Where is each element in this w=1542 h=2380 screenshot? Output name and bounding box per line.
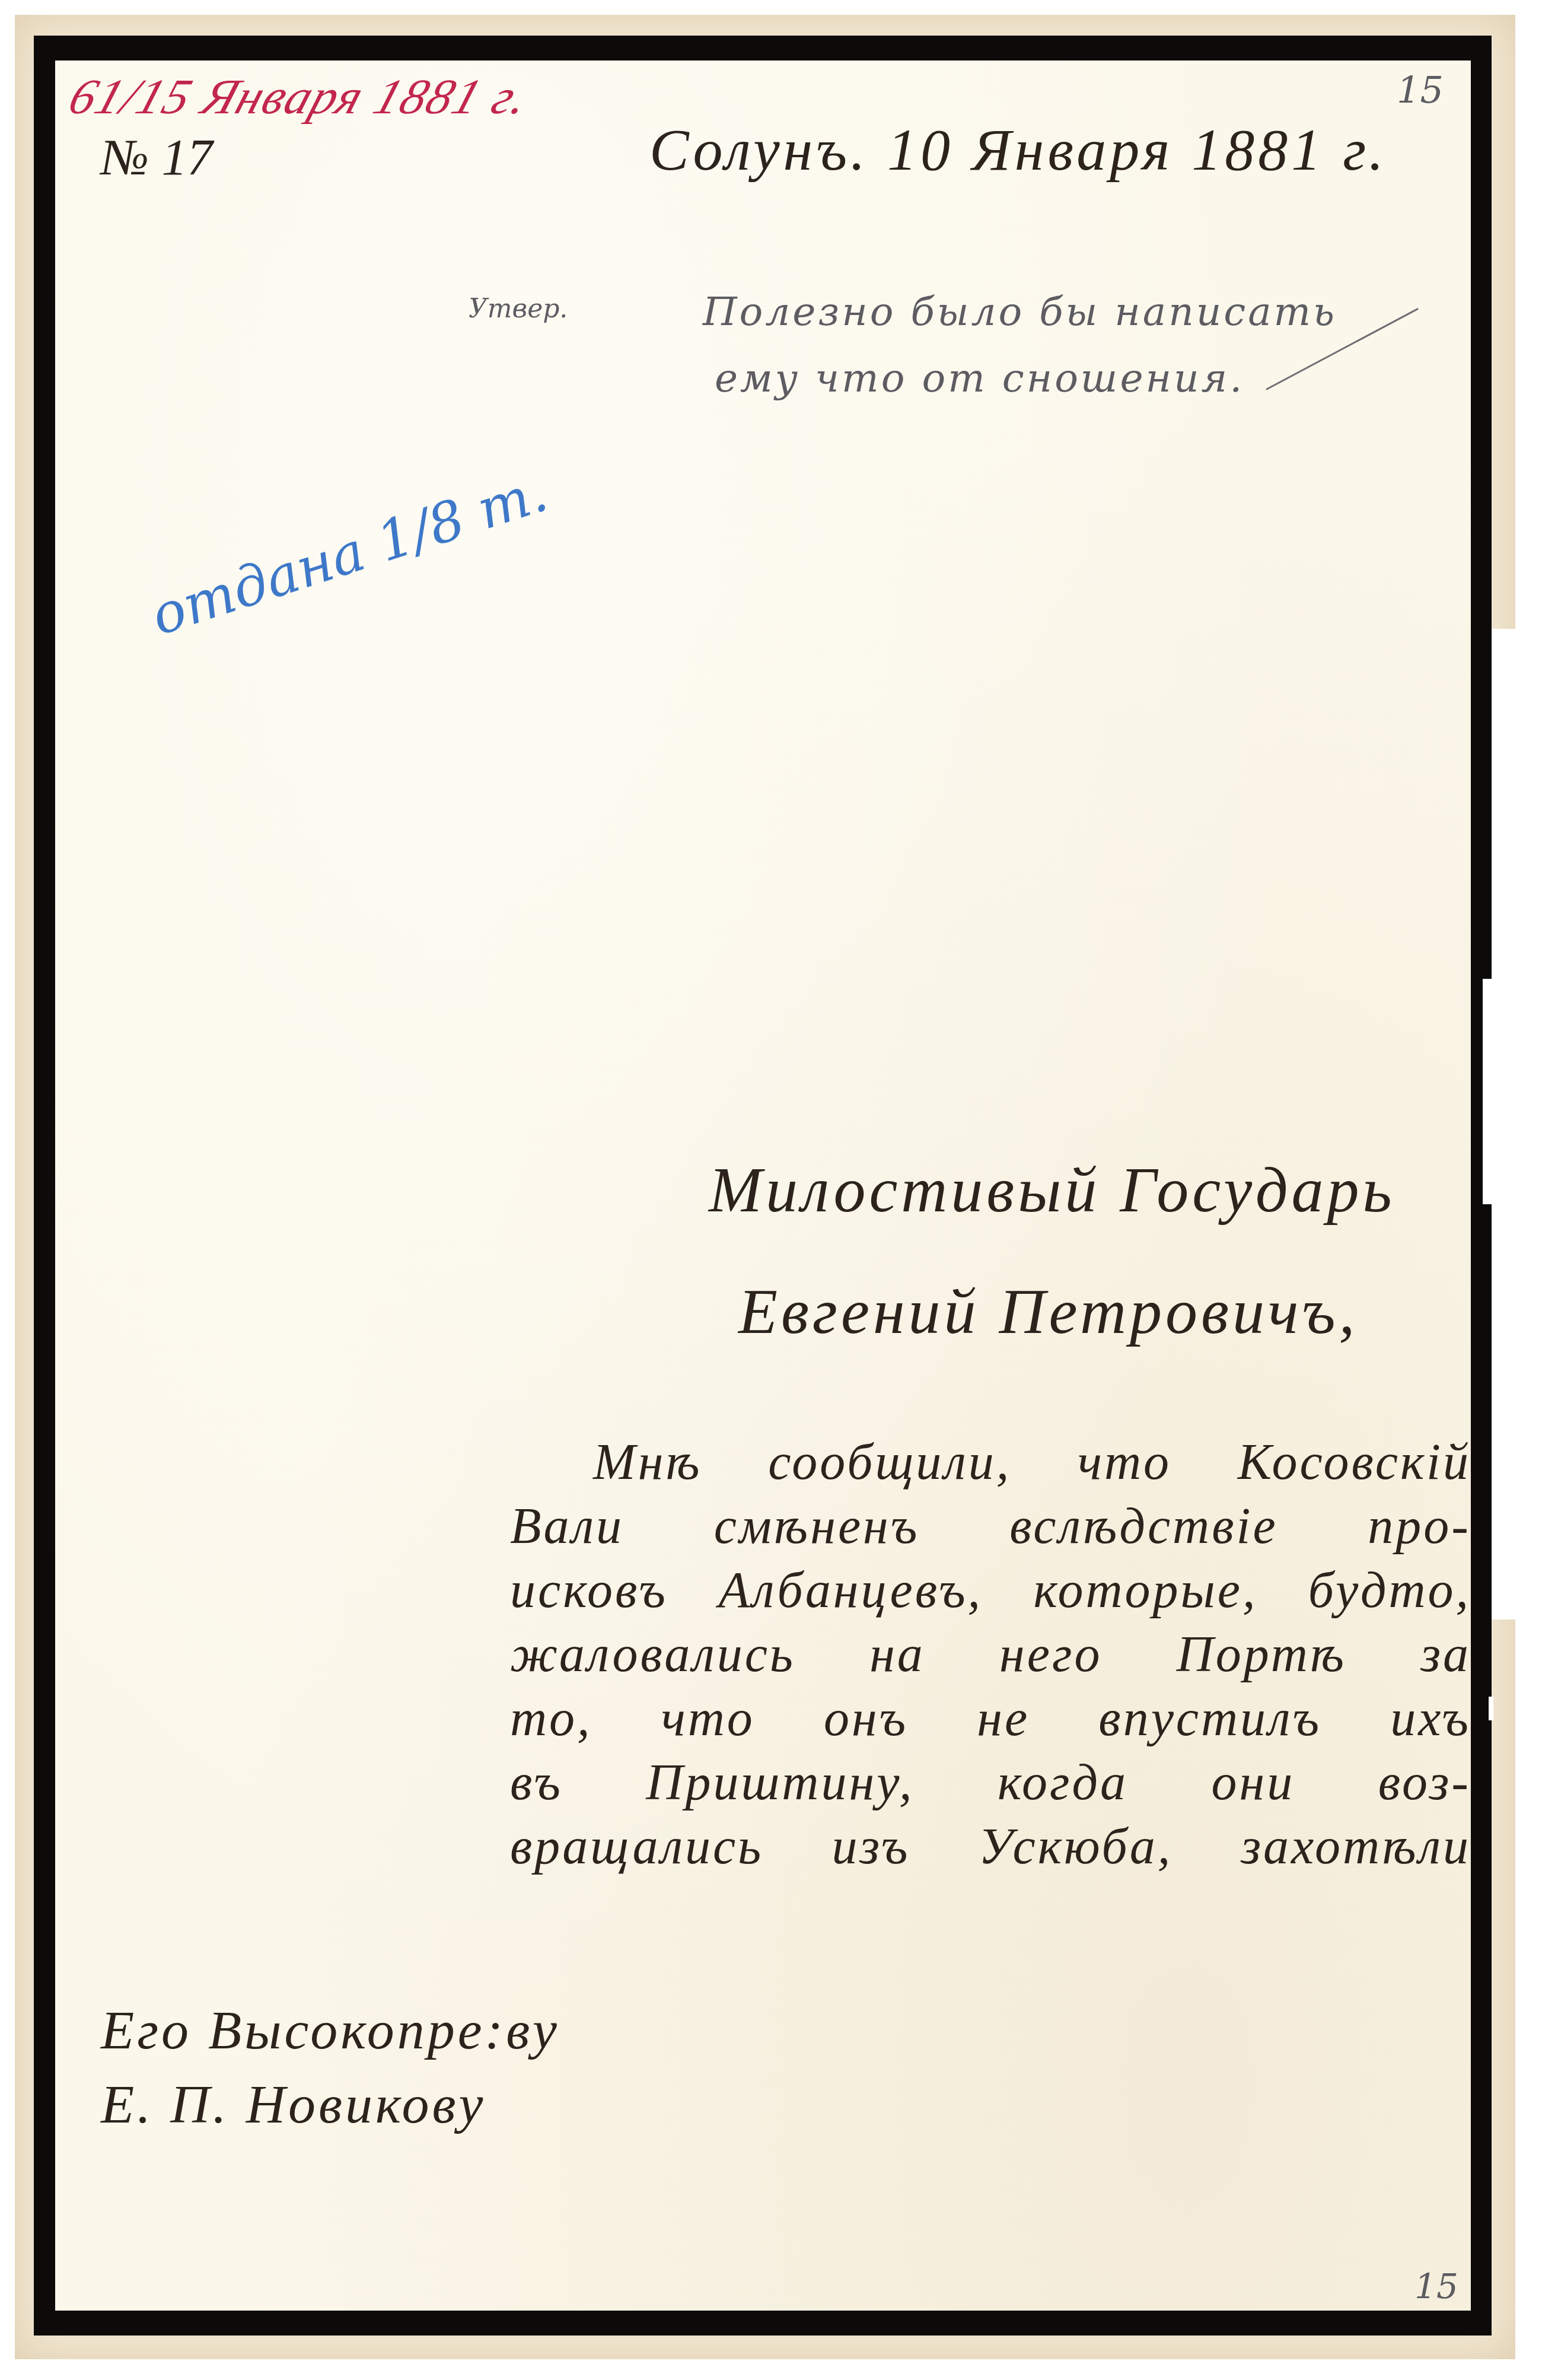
body-line: то, что онъ не впустилъ ихъ — [510, 1686, 1471, 1750]
document-number: № 17 — [101, 128, 213, 187]
page-number-top: 15 — [1397, 68, 1444, 112]
pencil-margin-note: Утвер. — [469, 294, 568, 324]
pencil-resolution: Полезно было бы написать ему что от снош… — [703, 279, 1337, 412]
body-line: въ Приштину, когда они воз- — [510, 1750, 1471, 1814]
recipient-block: Его Высокопре:ву Е. П. Новикову — [101, 1993, 560, 2142]
body-line: вращались изъ Ускюба, захотѣли — [510, 1814, 1471, 1878]
torn-edge — [1486, 1548, 1542, 1619]
registry-note: 61/15 Января 1881 г. — [62, 68, 537, 126]
body-line: исковъ Албанцевъ, которые, будто, — [510, 1558, 1471, 1622]
torn-edge — [1489, 1697, 1493, 1720]
place-and-date: Солунъ. 10 Января 1881 г. — [649, 116, 1387, 184]
addressee-name: Евгений Петровичъ, — [738, 1275, 1358, 1349]
recipient-name: Е. П. Новикову — [101, 2067, 560, 2142]
body-line: Вали смѣненъ вслѣдствіе про- — [510, 1494, 1471, 1558]
body-line: жаловались на него Портѣ за — [510, 1622, 1471, 1686]
page-number-bottom: 15 — [1414, 2266, 1458, 2306]
pencil-resolution-line: Полезно было бы написать — [703, 279, 1337, 345]
body-line: Мнѣ сообщили, что Косовскій — [510, 1430, 1471, 1494]
salutation: Милостивый Государь — [709, 1154, 1396, 1227]
letter-body: Мнѣ сообщили, что Косовскій Вали смѣненъ… — [510, 1430, 1471, 1878]
recipient-title: Его Высокопре:ву — [101, 1993, 560, 2067]
torn-edge — [1483, 979, 1492, 1204]
pencil-resolution-line: ему что от сношения. — [703, 345, 1337, 412]
